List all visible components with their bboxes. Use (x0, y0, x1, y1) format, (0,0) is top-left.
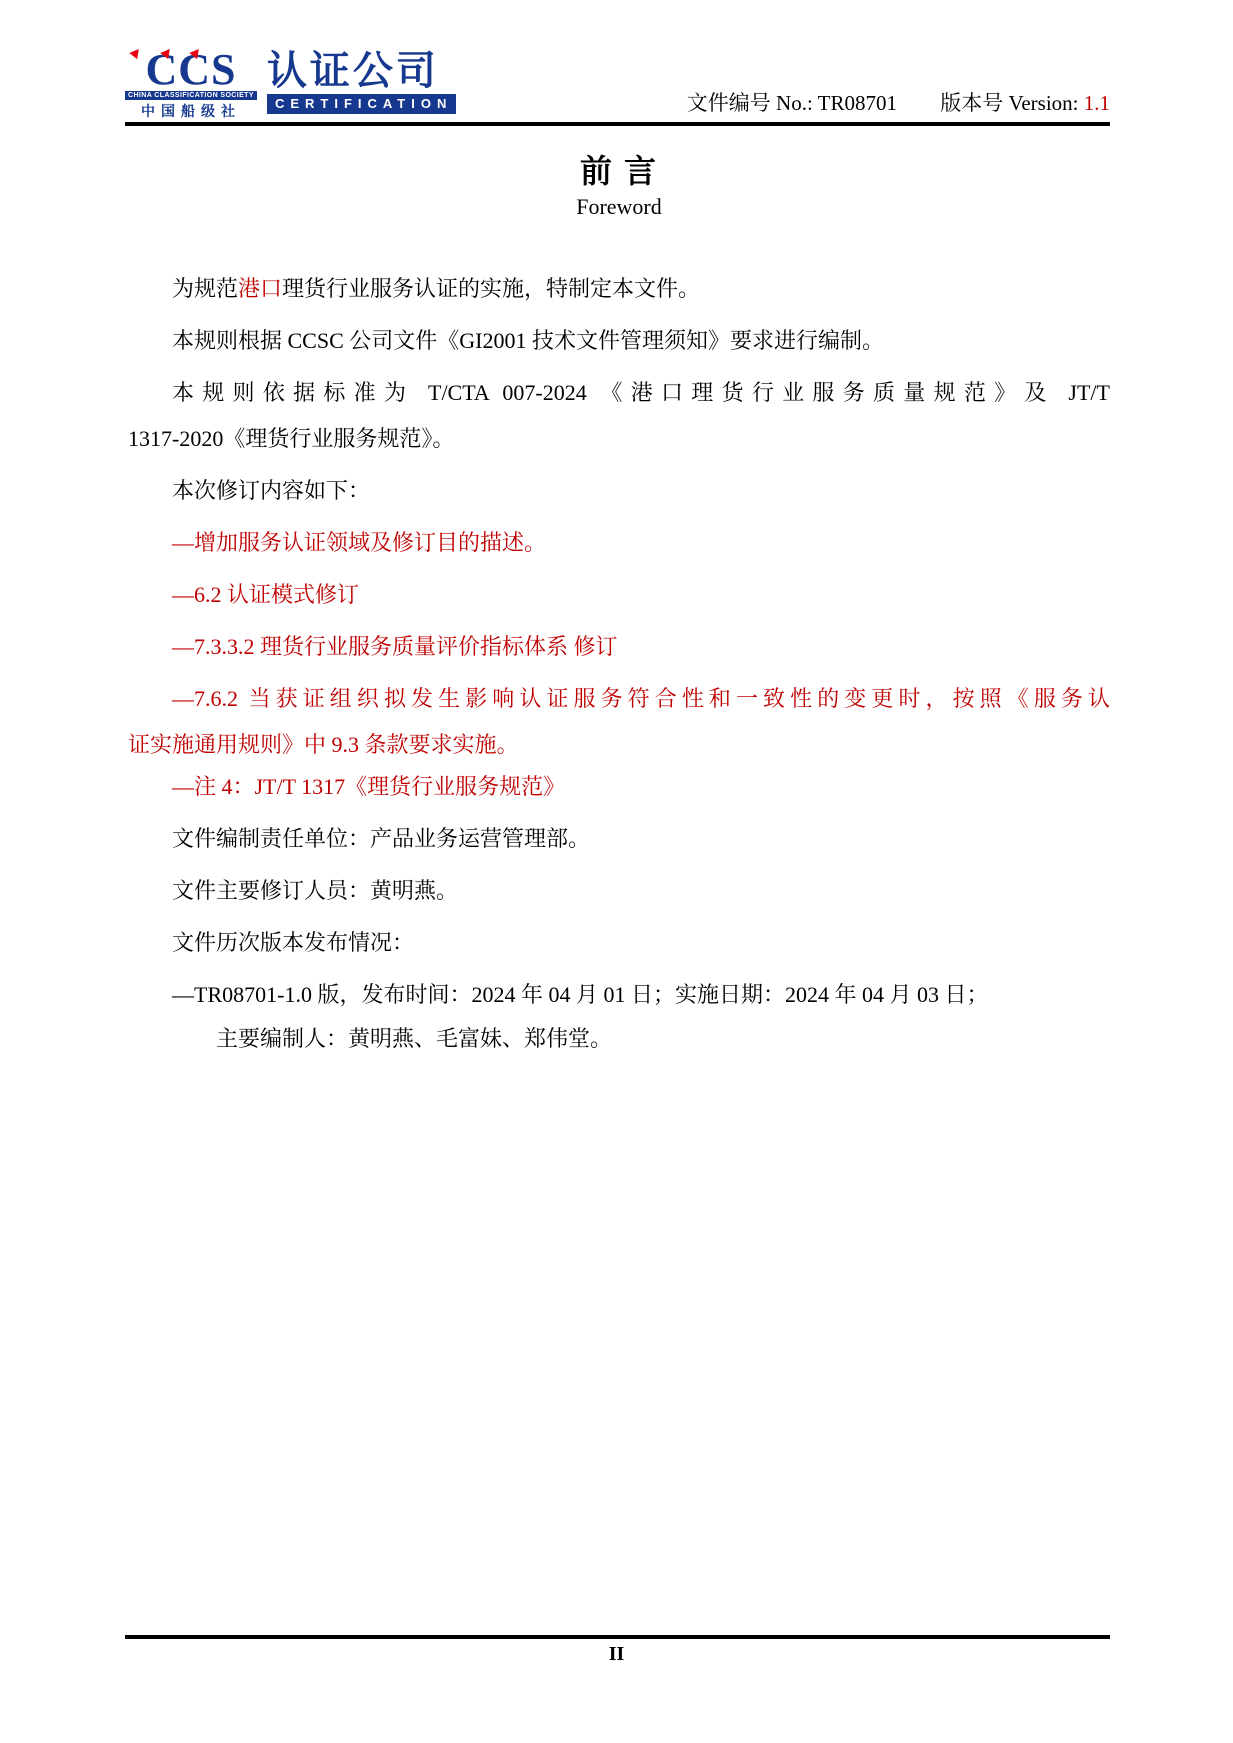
paragraph-responsible-unit: 文件编制责任单位：产品业务运营管理部。 (128, 816, 1110, 862)
society-name-cn: 中国船级社 (141, 101, 241, 121)
revision-item-4-line1: —7.6.2 当获证组织拟发生影响认证服务符合性和一致性的变更时，按照《服务认 (128, 676, 1110, 722)
page-subtitle: Foreword (128, 192, 1110, 222)
ccs-logo-text: CCS (145, 50, 236, 90)
ccs-logo: CCS CHINA CLASSIFICATION SOCIETY 中国船级社 认… (125, 50, 456, 121)
page-title: 前 言 (128, 150, 1110, 192)
paragraph-history-authors: 主要编制人：黄明燕、毛富妹、郑伟堂。 (128, 1016, 1110, 1062)
paragraph-revision-intro: 本次修订内容如下： (128, 468, 1110, 514)
revision-item-3: —7.3.3.2 理货行业服务质量评价指标体系 修订 (128, 624, 1110, 670)
paragraph-history-item: —TR08701-1.0 版，发布时间：2024 年 04 月 01 日；实施日… (128, 972, 1110, 1018)
ccs-logo-right: 认证公司 CERTIFICATION (267, 50, 456, 114)
page-number: II (0, 1643, 1233, 1666)
paragraph-revision-staff: 文件主要修订人员：黄明燕。 (128, 868, 1110, 914)
document-page: CCS CHINA CLASSIFICATION SOCIETY 中国船级社 认… (0, 0, 1233, 1743)
revision-item-5: —注 4：JT/T 1317《理货行业服务规范》 (128, 764, 1110, 810)
document-number: 文件编号 No.: TR08701 (687, 91, 897, 115)
paragraph-history-intro: 文件历次版本发布情况： (128, 920, 1110, 966)
society-name-en: CHINA CLASSIFICATION SOCIETY (125, 91, 257, 100)
paragraph-purpose-pre: 为规范 (172, 276, 238, 301)
paragraph-purpose: 为规范港口理货行业服务认证的实施，特制定本文件。 (128, 266, 1110, 312)
certification-label: CERTIFICATION (267, 94, 456, 114)
revision-item-4-line2: 证实施通用规则》中 9.3 条款要求实施。 (128, 722, 1110, 768)
page-header: CCS CHINA CLASSIFICATION SOCIETY 中国船级社 认… (125, 50, 1110, 121)
document-body: 前 言 Foreword 为规范港口理货行业服务认证的实施，特制定本文件。 本规… (128, 150, 1110, 1068)
paragraph-basis: 本规则根据 CCSC 公司文件《GI2001 技术文件管理须知》要求进行编制。 (128, 318, 1110, 364)
company-name-cn: 认证公司 (267, 50, 456, 92)
version-value: 1.1 (1084, 91, 1110, 115)
paragraph-purpose-post: 理货行业服务认证的实施，特制定本文件。 (282, 276, 700, 301)
paragraph-standards: 本规则依据标准为 T/CTA 007-2024 《港口理货行业服务质量规范》及 … (128, 370, 1110, 462)
paragraph-standards-line2: 1317-2020《理货行业服务规范》。 (128, 416, 1110, 462)
revision-item-1: —增加服务认证领域及修订目的描述。 (128, 520, 1110, 566)
footer-divider (125, 1635, 1110, 1639)
paragraph-standards-line1: 本规则依据标准为 T/CTA 007-2024 《港口理货行业服务质量规范》及 … (128, 370, 1110, 416)
ccs-logo-left: CCS CHINA CLASSIFICATION SOCIETY 中国船级社 (125, 50, 257, 121)
document-info: 文件编号 No.: TR08701 版本号 Version: 1.1 (687, 87, 1110, 121)
header-divider (125, 122, 1110, 126)
revision-item-2: —6.2 认证模式修订 (128, 572, 1110, 618)
paragraph-purpose-highlight: 港口 (238, 276, 282, 301)
revision-item-4: —7.6.2 当获证组织拟发生影响认证服务符合性和一致性的变更时，按照《服务认证… (128, 676, 1110, 768)
ccs-red-accent-icon (129, 46, 142, 59)
version-label: 版本号 Version: (940, 91, 1084, 115)
